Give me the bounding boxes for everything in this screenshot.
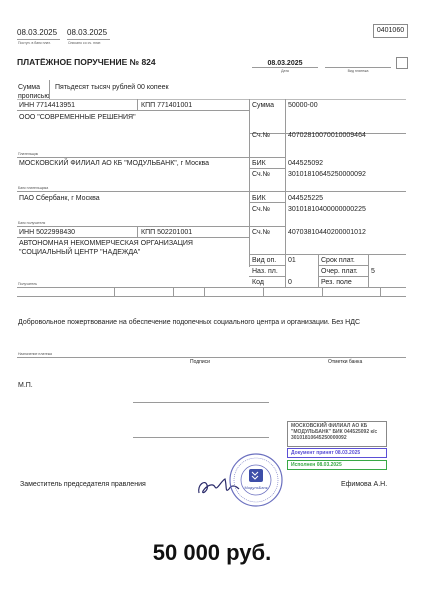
- op-type-label: Вид оп.: [252, 256, 276, 265]
- seal-label: М.П.: [18, 381, 33, 390]
- signatures-label: Подписи: [190, 359, 210, 365]
- payer-sum-label: Сумма: [252, 101, 274, 110]
- payer-sum-value: 50000-00: [288, 101, 318, 110]
- payee-label: Получатель: [18, 282, 37, 286]
- page-title: ПЛАТЁЖНОЕ ПОРУЧЕНИЕ № 824: [17, 57, 156, 67]
- payer-label: Плательщик: [18, 152, 38, 156]
- received-date: 08.03.2025: [17, 28, 57, 38]
- payer-bank-label: Банк плательщика: [18, 186, 48, 190]
- payer-bank-name: МОСКОВСКИЙ ФИЛИАЛ АО КБ "МОДУЛЬБАНК", г …: [19, 159, 209, 168]
- debited-date: 08.03.2025: [67, 28, 107, 38]
- priority-value: 5: [371, 267, 375, 276]
- code-label: Код: [252, 278, 264, 287]
- payee-bank-account-value: 30101810400000000225: [288, 205, 366, 214]
- payer-account-label: Сч.№: [252, 131, 270, 140]
- received-label: Поступ. в банк плат.: [18, 41, 51, 45]
- payer-name: ООО "СОВРЕМЕННЫЕ РЕШЕНИЯ": [19, 113, 136, 122]
- signer-name: Ефимова А.Н.: [341, 480, 387, 489]
- payee-account-label: Сч.№: [252, 228, 270, 237]
- purpose-text: Добровольное пожертвование на обеспечени…: [18, 318, 360, 327]
- date-label: Дата: [252, 69, 318, 73]
- payee-bank-bik-label: БИК: [252, 194, 266, 203]
- amount-words-value: Пятьдесят тысяч рублей 00 копеек: [55, 83, 169, 92]
- reserved-label: Рез. поле: [321, 278, 352, 287]
- due-label: Срок плат.: [321, 256, 355, 265]
- payee-bank-bik-value: 044525225: [288, 194, 323, 203]
- payee-kpp: КПП 502201001: [141, 228, 192, 237]
- form-code: 0401060: [373, 24, 408, 38]
- payee-inn: ИНН 5022998430: [19, 228, 75, 237]
- payee-name: АВТОНОМНАЯ НЕКОММЕРЧЕСКАЯ ОРГАНИЗАЦИЯ "С…: [19, 239, 244, 257]
- payment-type-label: Вид платежа: [325, 69, 391, 73]
- payee-account-value: 40703810440200001012: [288, 228, 366, 237]
- purpose-code-label: Наз. пл.: [252, 267, 278, 276]
- bank-marks-label: Отметки банка: [328, 359, 362, 365]
- bank-stamp: МОСКОВСКИЙ ФИЛИАЛ АО КБ "МОДУЛЬБАНК" БИК…: [287, 421, 387, 447]
- payee-bank-account-label: Сч.№: [252, 205, 270, 214]
- svg-text:МодульБанк: МодульБанк: [245, 485, 268, 490]
- priority-label: Очер. плат.: [321, 267, 358, 276]
- payer-bank-bik-label: БИК: [252, 159, 266, 168]
- debited-label: Списано со сч. плат.: [68, 41, 101, 45]
- bank-seal-icon: МодульБанк: [228, 452, 284, 508]
- accepted-stamp: Документ принят 08.03.2025: [287, 448, 387, 458]
- amount-words-label: Сумма прописью: [18, 83, 50, 101]
- payer-bank-account-label: Сч.№: [252, 170, 270, 179]
- executed-stamp: Исполнен 08.03.2025: [287, 460, 387, 470]
- payer-account-value: 40702810070010009464: [288, 131, 366, 140]
- code-value: 0: [288, 278, 292, 287]
- payment-type-checkbox[interactable]: [396, 57, 408, 69]
- payer-inn: ИНН 7714413951: [19, 101, 75, 110]
- payer-bank-account-value: 30101810645250000092: [288, 170, 366, 179]
- signer-position: Заместитель председателя правления: [20, 480, 146, 489]
- total-amount: 50 000 руб.: [0, 540, 424, 566]
- purpose-label: Назначение платежа: [18, 352, 52, 356]
- payer-kpp: КПП 771401001: [141, 101, 192, 110]
- payer-bank-bik-value: 044525092: [288, 159, 323, 168]
- payee-bank-name: ПАО Сбербанк, г Москва: [19, 194, 100, 203]
- payee-bank-label: Банк получателя: [18, 221, 45, 225]
- op-type-value: 01: [288, 256, 296, 265]
